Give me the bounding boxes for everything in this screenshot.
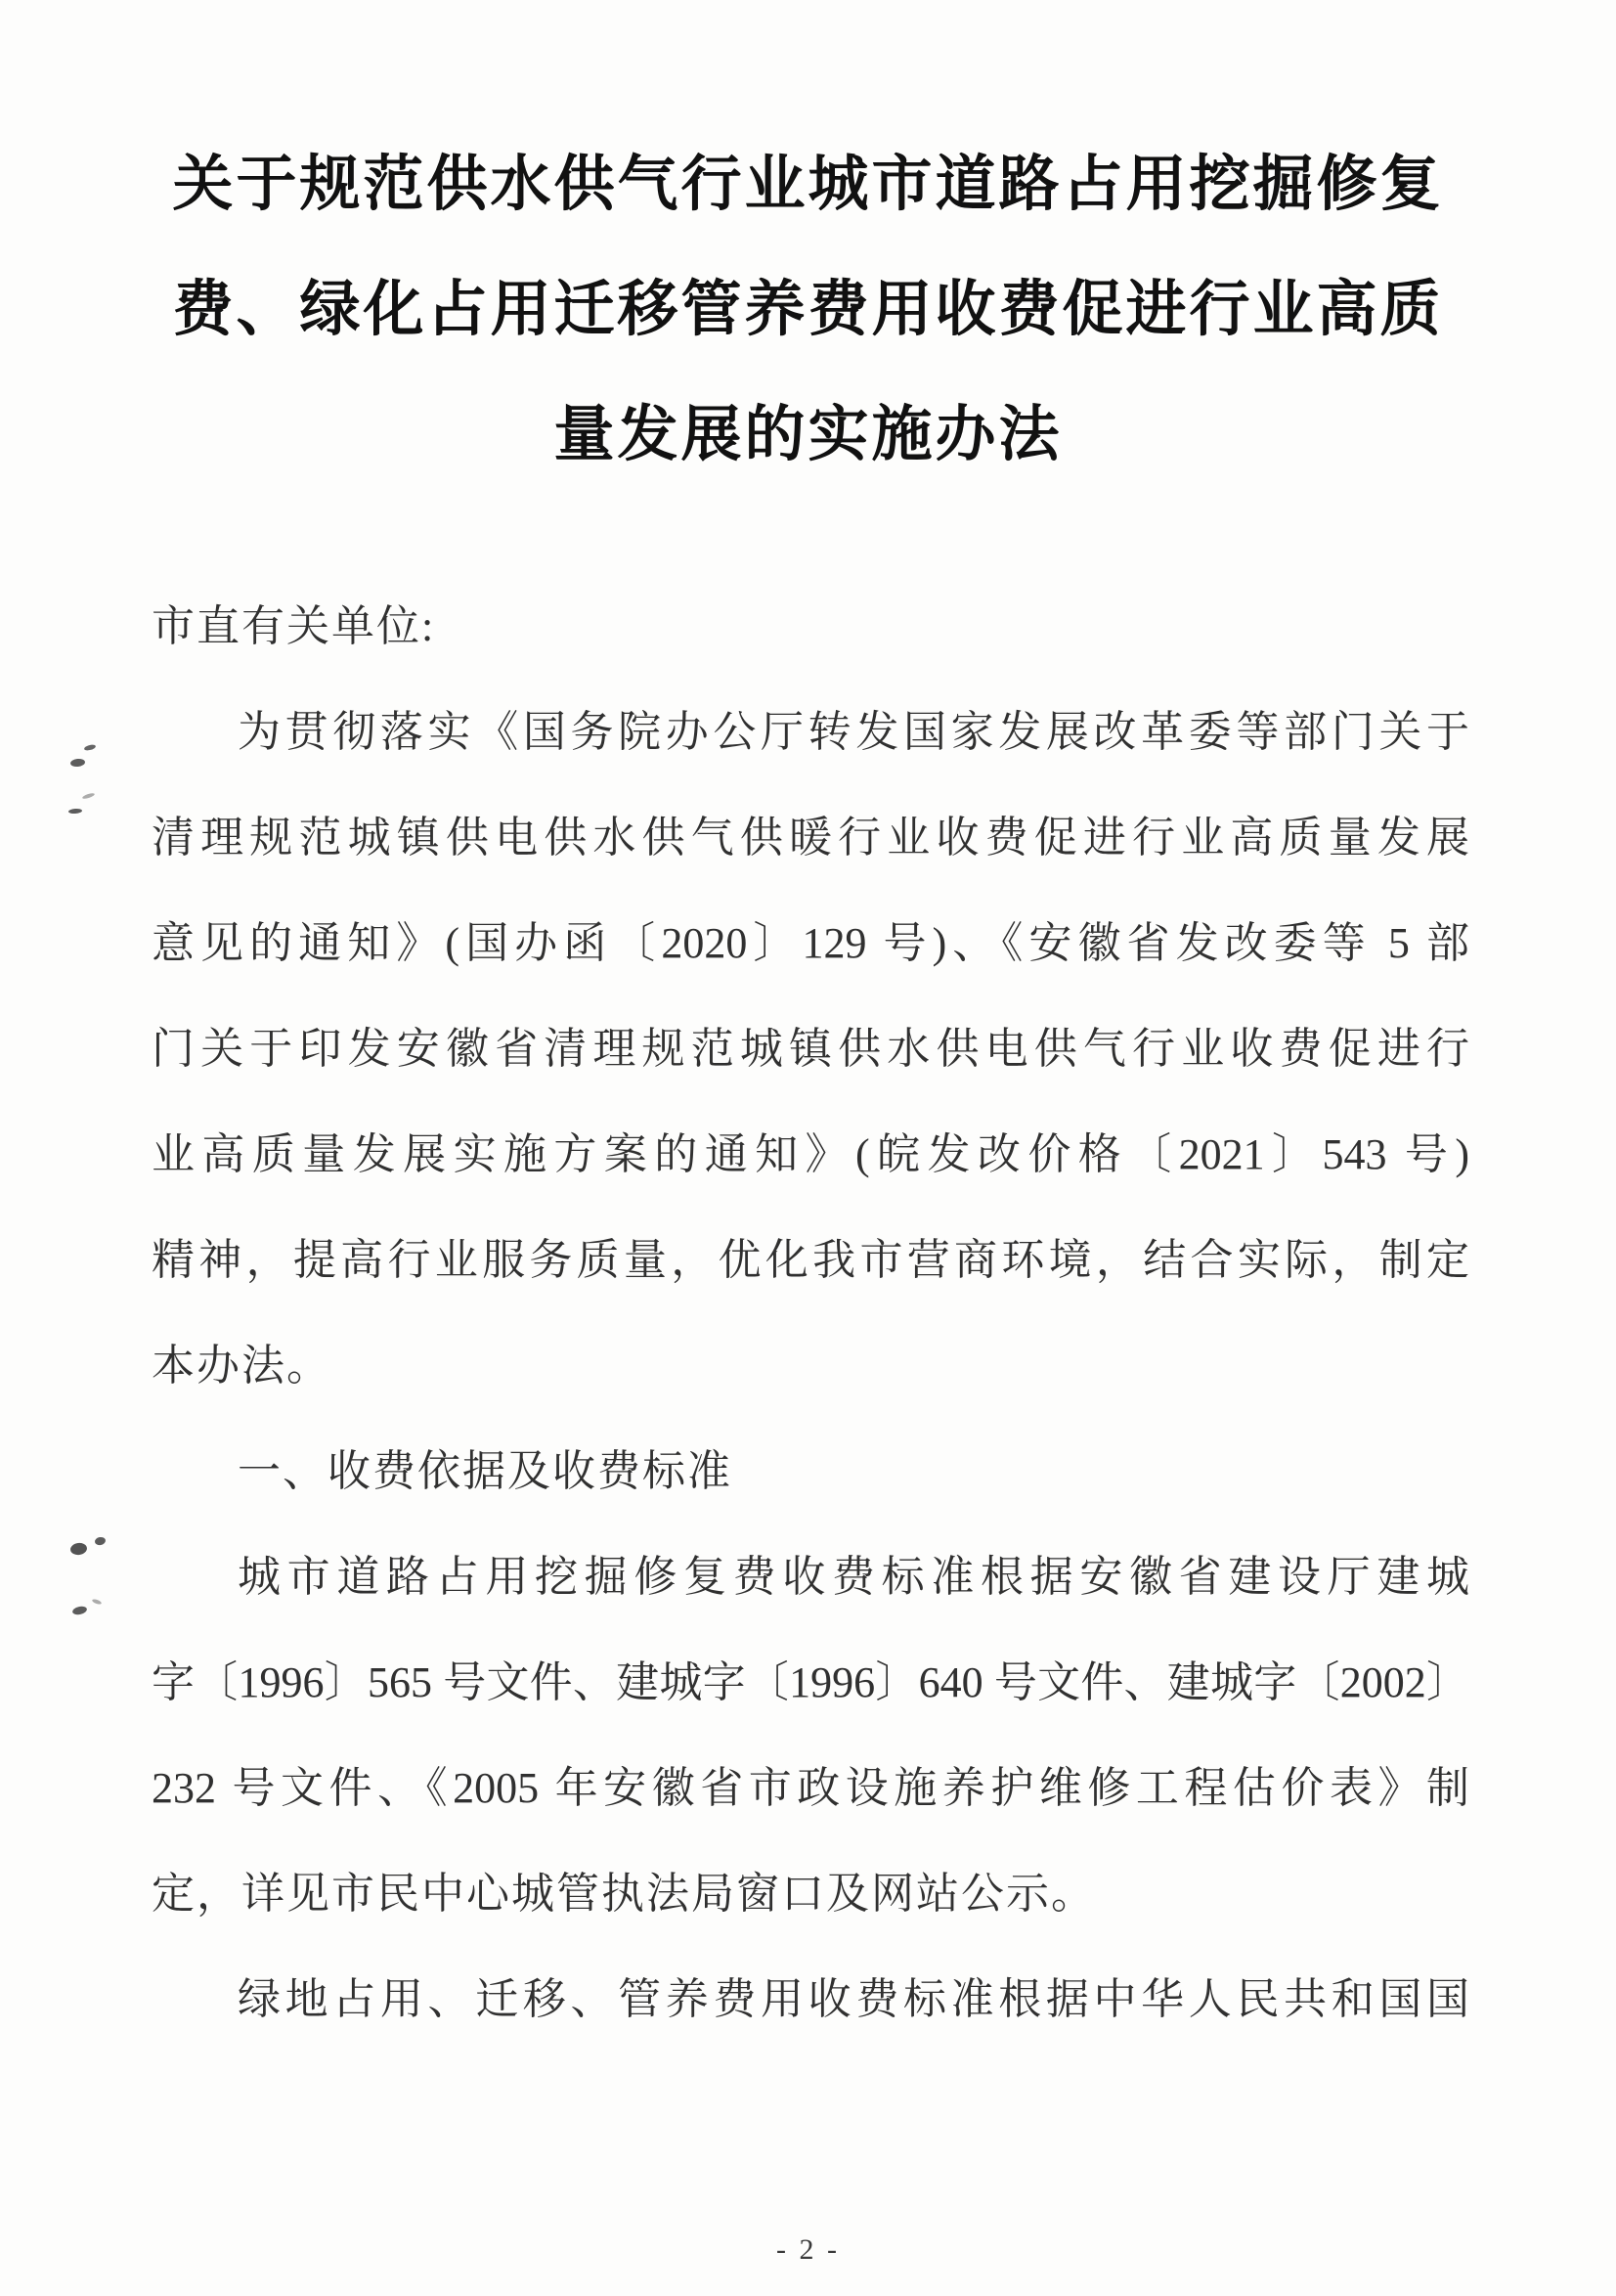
body-line: 字〔1996〕565 号文件、建城字〔1996〕640 号文件、建城字〔2002… [152,1630,1469,1736]
paragraph-3: 绿地占用、迁移、管养费用收费标准根据中华人民共和国国 [152,1947,1469,2053]
page-footer: - 2 - [0,2233,1616,2267]
body-line: 232 号文件、《2005 年安徽省市政设施养护维修工程估价表》制 [152,1736,1469,1841]
paragraph-1: 为贯彻落实《国务院办公厅转发国家发展改革委等部门关于 清理规范城镇供电供水供气供… [152,680,1469,1419]
document-title: 关于规范供水供气行业城市道路占用挖掘修复 费、绿化占用迁移管养费用收费促进行业高… [127,122,1489,498]
title-line-3: 量发展的实施办法 [127,373,1489,498]
document-body: 市直有关单位: 为贯彻落实《国务院办公厅转发国家发展改革委等部门关于 清理规范城… [0,574,1616,2053]
body-line: 定，详见市民中心城管执法局窗口及网站公示。 [152,1841,1469,1947]
title-line-2: 费、绿化占用迁移管养费用收费促进行业高质 [127,247,1489,373]
body-line: 绿地占用、迁移、管养费用收费标准根据中华人民共和国国 [152,1947,1469,2053]
body-line: 城市道路占用挖掘修复费收费标准根据安徽省建设厅建城 [152,1524,1469,1630]
body-line: 本办法。 [152,1313,1469,1419]
body-line: 为贯彻落实《国务院办公厅转发国家发展改革委等部门关于 [152,680,1469,785]
body-line: 门关于印发安徽省清理规范城镇供水供电供气行业收费促进行 [152,996,1469,1102]
salutation: 市直有关单位: [152,574,1469,680]
body-line: 清理规范城镇供电供水供气供暖行业收费促进行业高质量发展 [152,785,1469,891]
body-line: 精神，提高行业服务质量，优化我市营商环境，结合实际，制定 [152,1208,1469,1313]
body-line: 意见的通知》(国办函〔2020〕129 号)、《安徽省发改委等 5 部 [152,891,1469,996]
paragraph-2: 城市道路占用挖掘修复费收费标准根据安徽省建设厅建城 字〔1996〕565 号文件… [152,1524,1469,1947]
page-number: - 2 - [776,2233,840,2266]
title-line-1: 关于规范供水供气行业城市道路占用挖掘修复 [127,122,1489,247]
document-page: 关于规范供水供气行业城市道路占用挖掘修复 费、绿化占用迁移管养费用收费促进行业高… [0,0,1616,2296]
body-line: 业高质量发展实施方案的通知》(皖发改价格〔2021〕543 号) [152,1102,1469,1208]
section-1-heading: 一、收费依据及收费标准 [152,1419,1469,1524]
